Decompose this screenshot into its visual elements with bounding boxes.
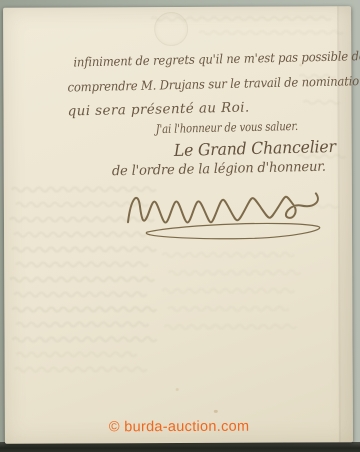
letter-sheet: infiniment de regrets qu'il ne m'est pas… <box>3 6 353 444</box>
auction-watermark: © burda-auction.com <box>109 419 250 436</box>
letter-line-2: comprendre M. Drujans sur le travail de … <box>67 73 360 95</box>
auction-photo: infiniment de regrets qu'il ne m'est pas… <box>0 0 360 452</box>
foxing-spot <box>176 388 179 391</box>
letter-line-3: qui sera présenté au Roi. <box>67 100 249 120</box>
letter-line-1: infiniment de regrets qu'il ne m'est pas… <box>73 48 360 69</box>
office-title-line-1: Le Grand Chancelier <box>174 137 336 160</box>
embossed-seal <box>154 12 188 46</box>
paper-edge-shade <box>339 6 353 442</box>
closing-salutation: J'ai l'honneur de vous saluer. <box>156 119 299 136</box>
office-title-line-2: de l'ordre de la légion d'honneur. <box>112 159 326 180</box>
signature-macdonald <box>122 181 337 244</box>
foxing-spot <box>214 410 218 413</box>
